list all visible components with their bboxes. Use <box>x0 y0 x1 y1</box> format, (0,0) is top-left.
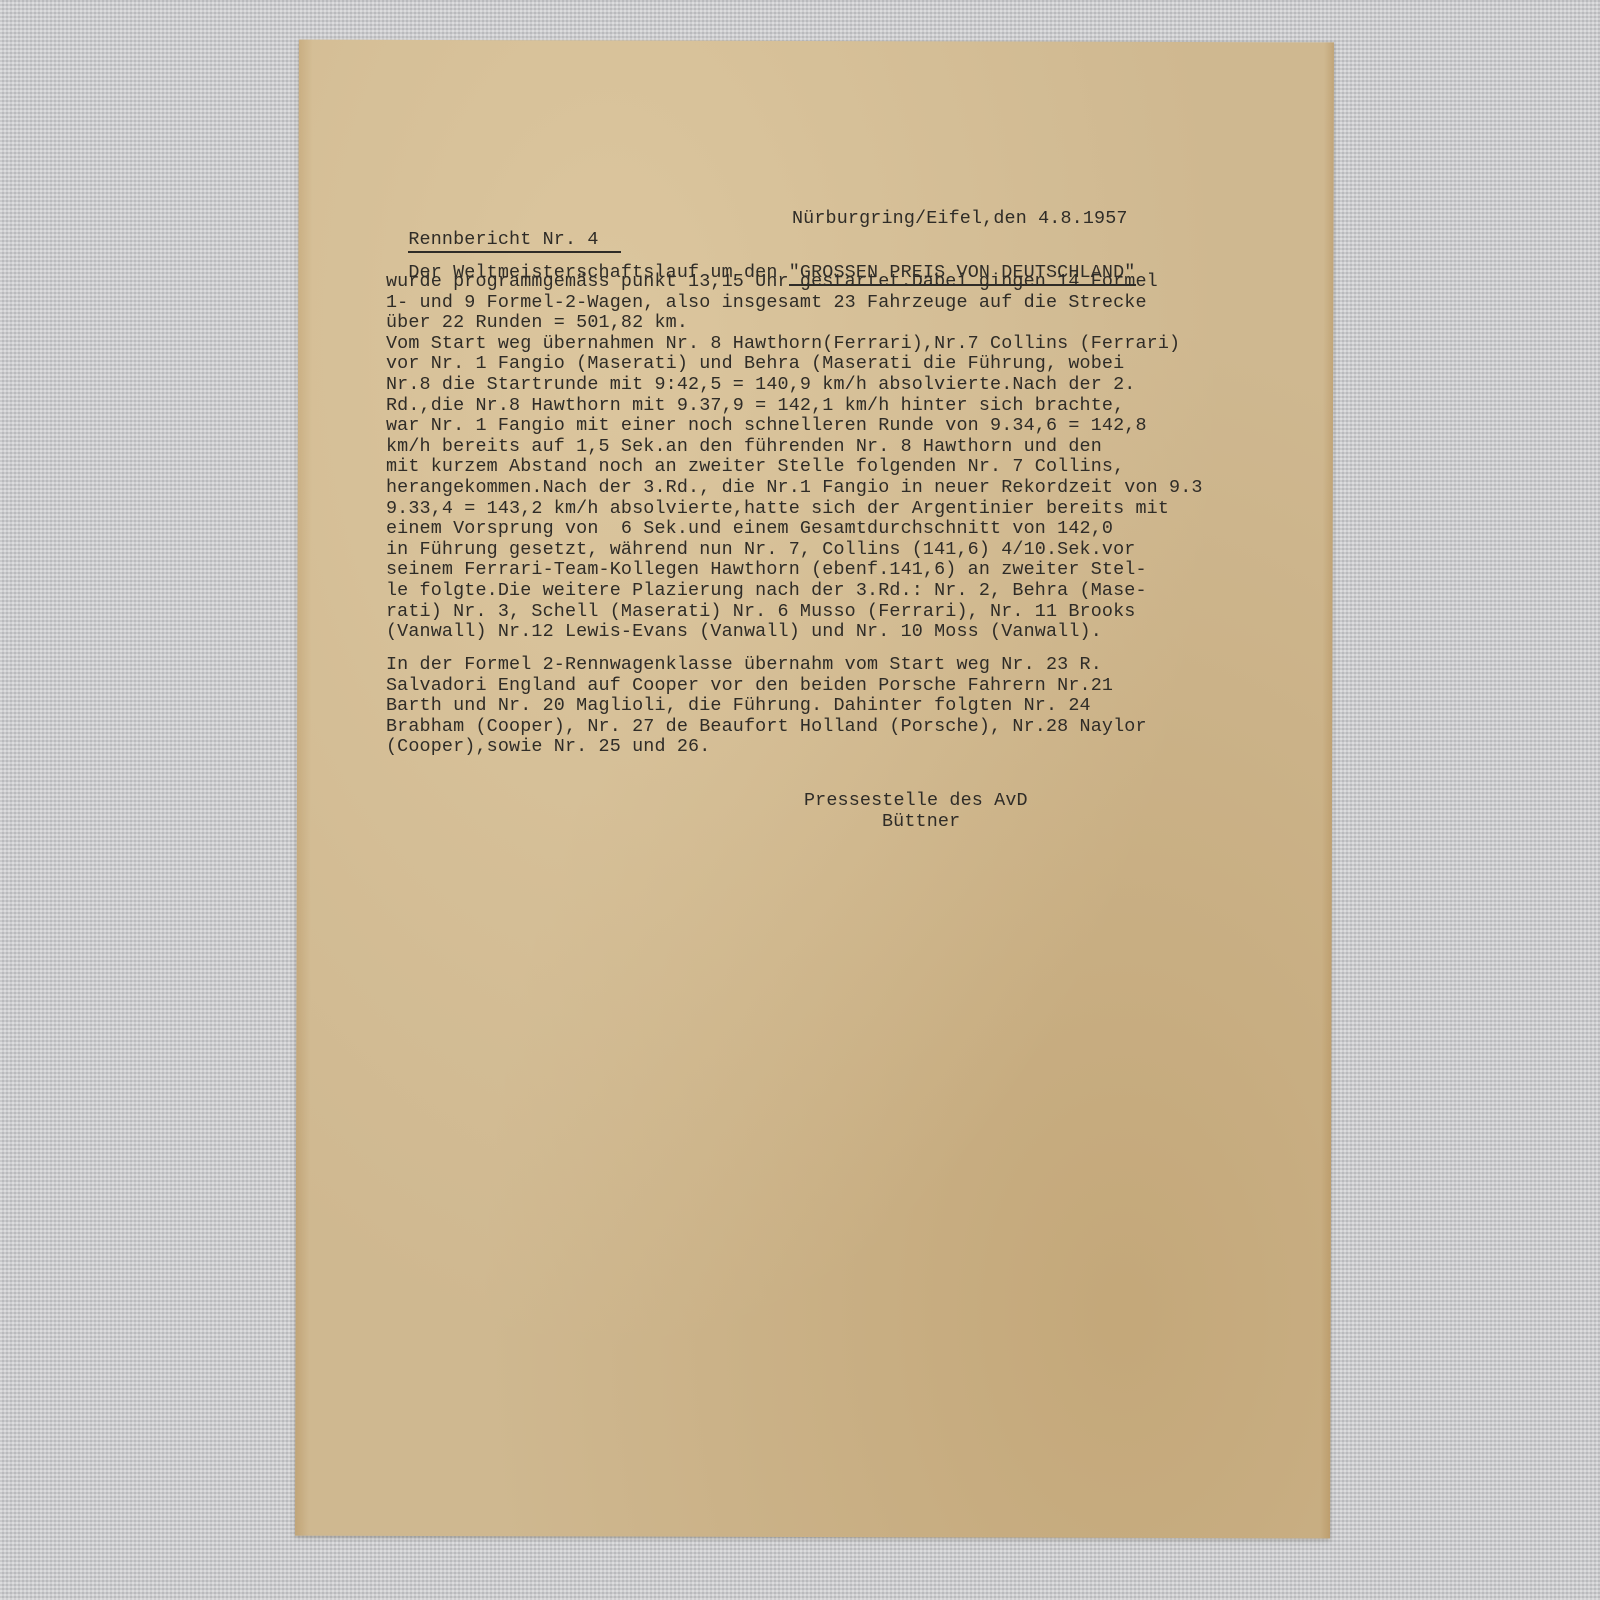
text-line: km/h bereits auf 1,5 Sek.an den führende… <box>386 437 1203 458</box>
text-line: Vom Start weg übernahmen Nr. 8 Hawthorn(… <box>386 334 1203 355</box>
text-line: Rd.,die Nr.8 Hawthorn mit 9.37,9 = 142,1… <box>386 396 1203 417</box>
signature-name: Büttner <box>882 811 960 832</box>
text-line: (Cooper),sowie Nr. 25 und 26. <box>386 737 1147 758</box>
text-line: In der Formel 2-Rennwagenklasse übernahm… <box>386 655 1147 676</box>
text-line: Barth und Nr. 20 Maglioli, die Führung. … <box>386 696 1147 717</box>
text-line: 9.33,4 = 143,2 km/h absolvierte,hatte si… <box>386 499 1203 520</box>
text-line: herangekommen.Nach der 3.Rd., die Nr.1 F… <box>386 478 1203 499</box>
text-line: wurde programmgemäss punkt 13,15 Uhr ges… <box>386 272 1203 293</box>
text-line: in Führung gesetzt, während nun Nr. 7, C… <box>386 540 1203 561</box>
text-line: mit kurzem Abstand noch an zweiter Stell… <box>386 457 1203 478</box>
text-line: Nr.8 die Startrunde mit 9:42,5 = 140,9 k… <box>386 375 1203 396</box>
text-line: (Vanwall) Nr.12 Lewis-Evans (Vanwall) un… <box>386 622 1203 643</box>
text-line: Salvadori England auf Cooper vor den bei… <box>386 676 1147 697</box>
signature-office: Pressestelle des AvD <box>804 790 1028 811</box>
text-line: über 22 Runden = 501,82 km. <box>386 313 1203 334</box>
text-line: rati) Nr. 3, Schell (Maserati) Nr. 6 Mus… <box>386 602 1203 623</box>
text-line: le folgte.Die weitere Plazierung nach de… <box>386 581 1203 602</box>
text-line: seinem Ferrari-Team-Kollegen Hawthorn (e… <box>386 560 1203 581</box>
text-line: 1- und 9 Formel-2-Wagen, also insgesamt … <box>386 293 1203 314</box>
text-line: vor Nr. 1 Fangio (Maserati) und Behra (M… <box>386 354 1203 375</box>
paragraph-formula-1: wurde programmgemäss punkt 13,15 Uhr ges… <box>386 272 1203 643</box>
place-date: Nürburgring/Eifel,den 4.8.1957 <box>792 208 1128 229</box>
text-line: war Nr. 1 Fangio mit einer noch schnelle… <box>386 416 1203 437</box>
paragraph-formula-2: In der Formel 2-Rennwagenklasse übernahm… <box>386 655 1147 758</box>
text-line: einem Vorsprung von 6 Sek.und einem Gesa… <box>386 519 1203 540</box>
text-line: Brabham (Cooper), Nr. 27 de Beaufort Hol… <box>386 717 1147 738</box>
